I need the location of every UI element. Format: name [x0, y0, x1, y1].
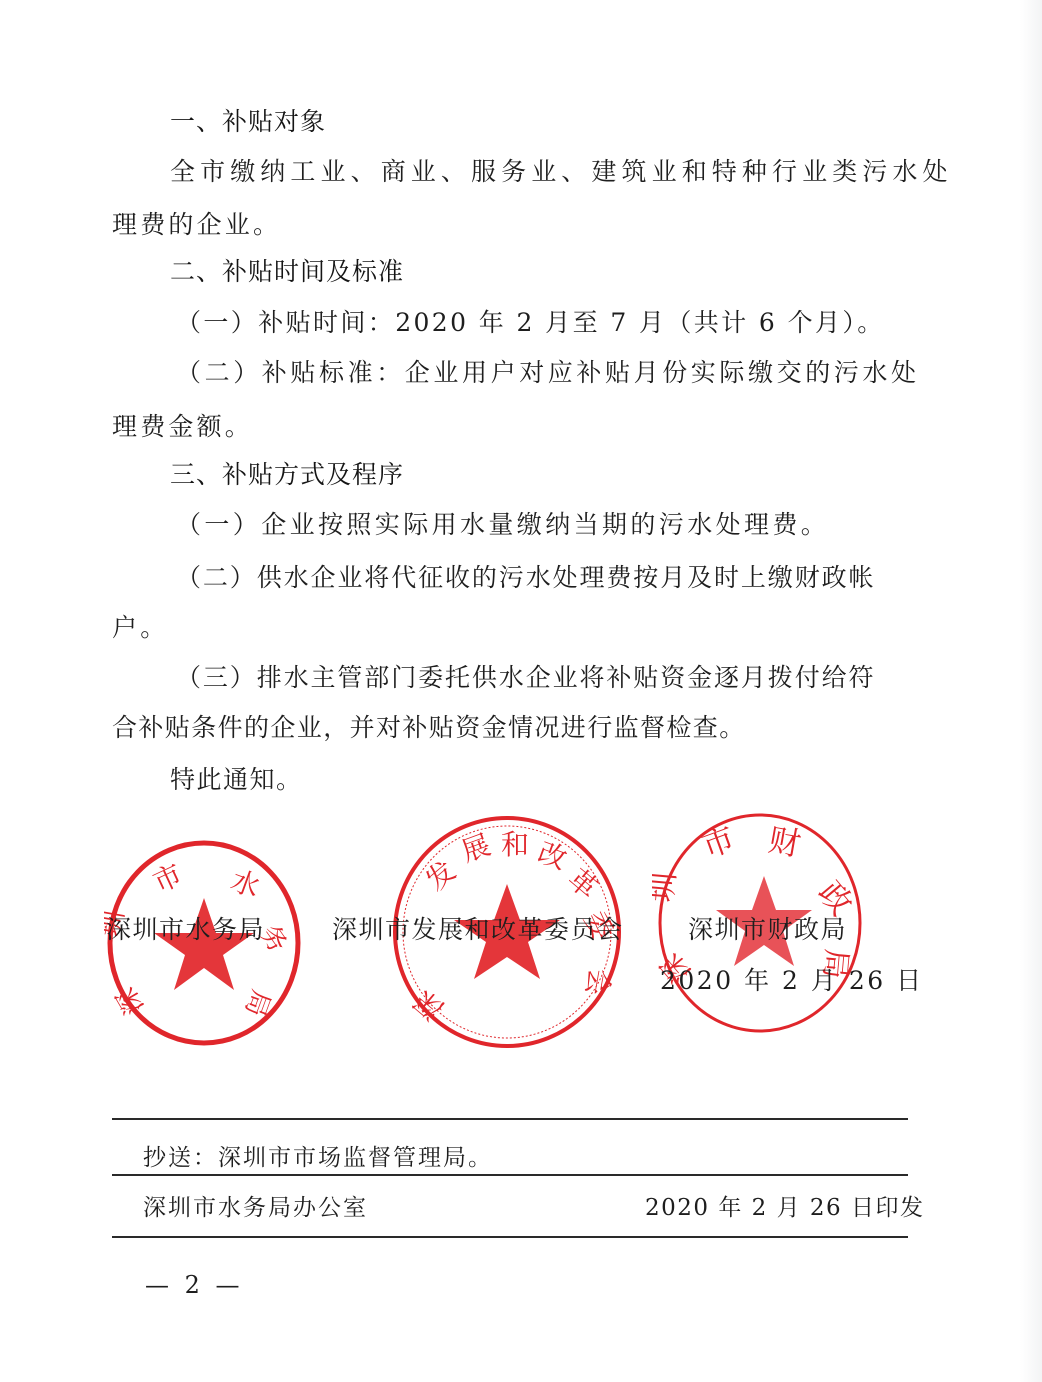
cc-line: 抄送：深圳市市场监督管理局。: [143, 1144, 493, 1172]
svg-text:市: 市: [148, 858, 187, 900]
paragraph-line: 理费金额。: [112, 412, 253, 442]
page-number: — 2 —: [145, 1271, 244, 1299]
paragraph-line: （一）企业按照实际用水量缴纳当期的污水处理费。: [176, 510, 829, 540]
page-edge: [1020, 0, 1042, 1382]
paragraph-line: （三）排水主管部门委托供水企业将补贴资金逐月拨付给符: [176, 663, 875, 693]
svg-text:深: 深: [111, 982, 150, 1020]
svg-text:市: 市: [697, 819, 740, 866]
signatory: 深圳市水务局: [106, 915, 265, 945]
svg-text:水: 水: [227, 864, 265, 905]
footer-rule-top: [112, 1118, 908, 1120]
svg-text:会: 会: [579, 966, 616, 999]
section-heading: 三、补贴方式及程序: [170, 460, 404, 490]
paragraph-line: （一）补贴时间：2020 年 2 月至 7 月（共计 6 个月）。: [176, 308, 885, 338]
svg-text:展: 展: [457, 828, 495, 869]
closing-text: 特此通知。: [170, 765, 303, 795]
svg-text:财: 财: [766, 820, 804, 863]
issue-date: 2020 年 2 月 26 日印发: [645, 1194, 925, 1222]
svg-text:圳: 圳: [652, 871, 683, 904]
section-heading: 一、补贴对象: [170, 107, 326, 137]
signatory: 深圳市财政局: [688, 915, 847, 945]
issuer: 深圳市水务局办公室: [143, 1194, 368, 1222]
signature-date: 2020 年 2 月 26 日: [660, 966, 924, 996]
paragraph-line: （二）供水企业将代征收的污水处理费按月及时上缴财政帐: [176, 563, 875, 593]
signatory: 深圳市发展和改革委员会: [332, 915, 624, 945]
paragraph-line: 合补贴条件的企业，并对补贴资金情况进行监督检查。: [112, 713, 746, 743]
paragraph-line: 全市缴纳工业、商业、服务业、建筑业和特种行业类污水处: [170, 157, 953, 187]
paragraph-line: 户。: [112, 613, 168, 643]
svg-text:改: 改: [534, 836, 572, 877]
paragraph-line: 理费的企业。: [112, 210, 281, 240]
section-heading: 二、补贴时间及标准: [170, 257, 404, 287]
svg-text:深: 深: [408, 984, 451, 1027]
paragraph-line: （二）补贴标准：企业用户对应补贴月份实际缴交的污水处: [176, 358, 920, 388]
footer-rule-bottom: [112, 1236, 908, 1238]
footer-rule-middle: [112, 1174, 908, 1176]
svg-text:和: 和: [501, 828, 529, 861]
svg-text:发: 发: [419, 854, 462, 897]
